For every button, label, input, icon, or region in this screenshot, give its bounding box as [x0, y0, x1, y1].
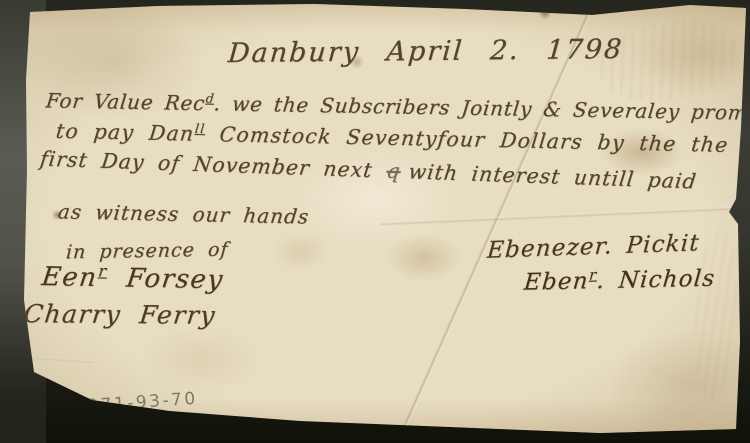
catalog-number-pencil: 1971-93-70 — [73, 389, 198, 418]
dateline-place: Danbury — [227, 37, 361, 69]
witness-signature-2: Charry Ferry — [22, 299, 217, 330]
maker-signature-1: Ebenezer. Pickit — [486, 230, 701, 264]
body-line-4: as witness our hands — [57, 199, 311, 228]
witness-label: in presence of — [65, 239, 229, 264]
document-photo: Danbury April 2. 1798 For Value Recd. we… — [0, 0, 750, 443]
fold-crease-horizontal — [380, 206, 750, 225]
witness-1-cont: Forsey — [105, 263, 226, 295]
body-line-2-cont: Comstock Seventyfour Dollars by the the — [204, 122, 730, 157]
body-line-3-text: first Day of November next — [39, 147, 374, 183]
dateline: Danbury April 2. 1798 — [227, 34, 625, 69]
fold-crease-vertical — [395, 6, 594, 443]
paper-sheet: Danbury April 2. 1798 For Value Recd. we… — [0, 0, 750, 443]
witness-1-text: Een — [40, 262, 99, 293]
body-line-3-cont: with interest untill paid — [407, 159, 698, 193]
maker-signature-2: Ebenr. Nichols — [523, 265, 717, 296]
body-line-2-text: to pay Dan — [55, 119, 196, 146]
body-line-1-text: For Value Rec — [45, 88, 207, 115]
dateline-date: April 2. 1798 — [385, 34, 624, 68]
witness-signature-1: Eenr Forsey — [40, 260, 226, 295]
maker-2-text: Eben — [523, 268, 590, 295]
maker-2-cont: . Nichols — [596, 266, 717, 295]
struck-out-penslip: q — [385, 159, 402, 183]
